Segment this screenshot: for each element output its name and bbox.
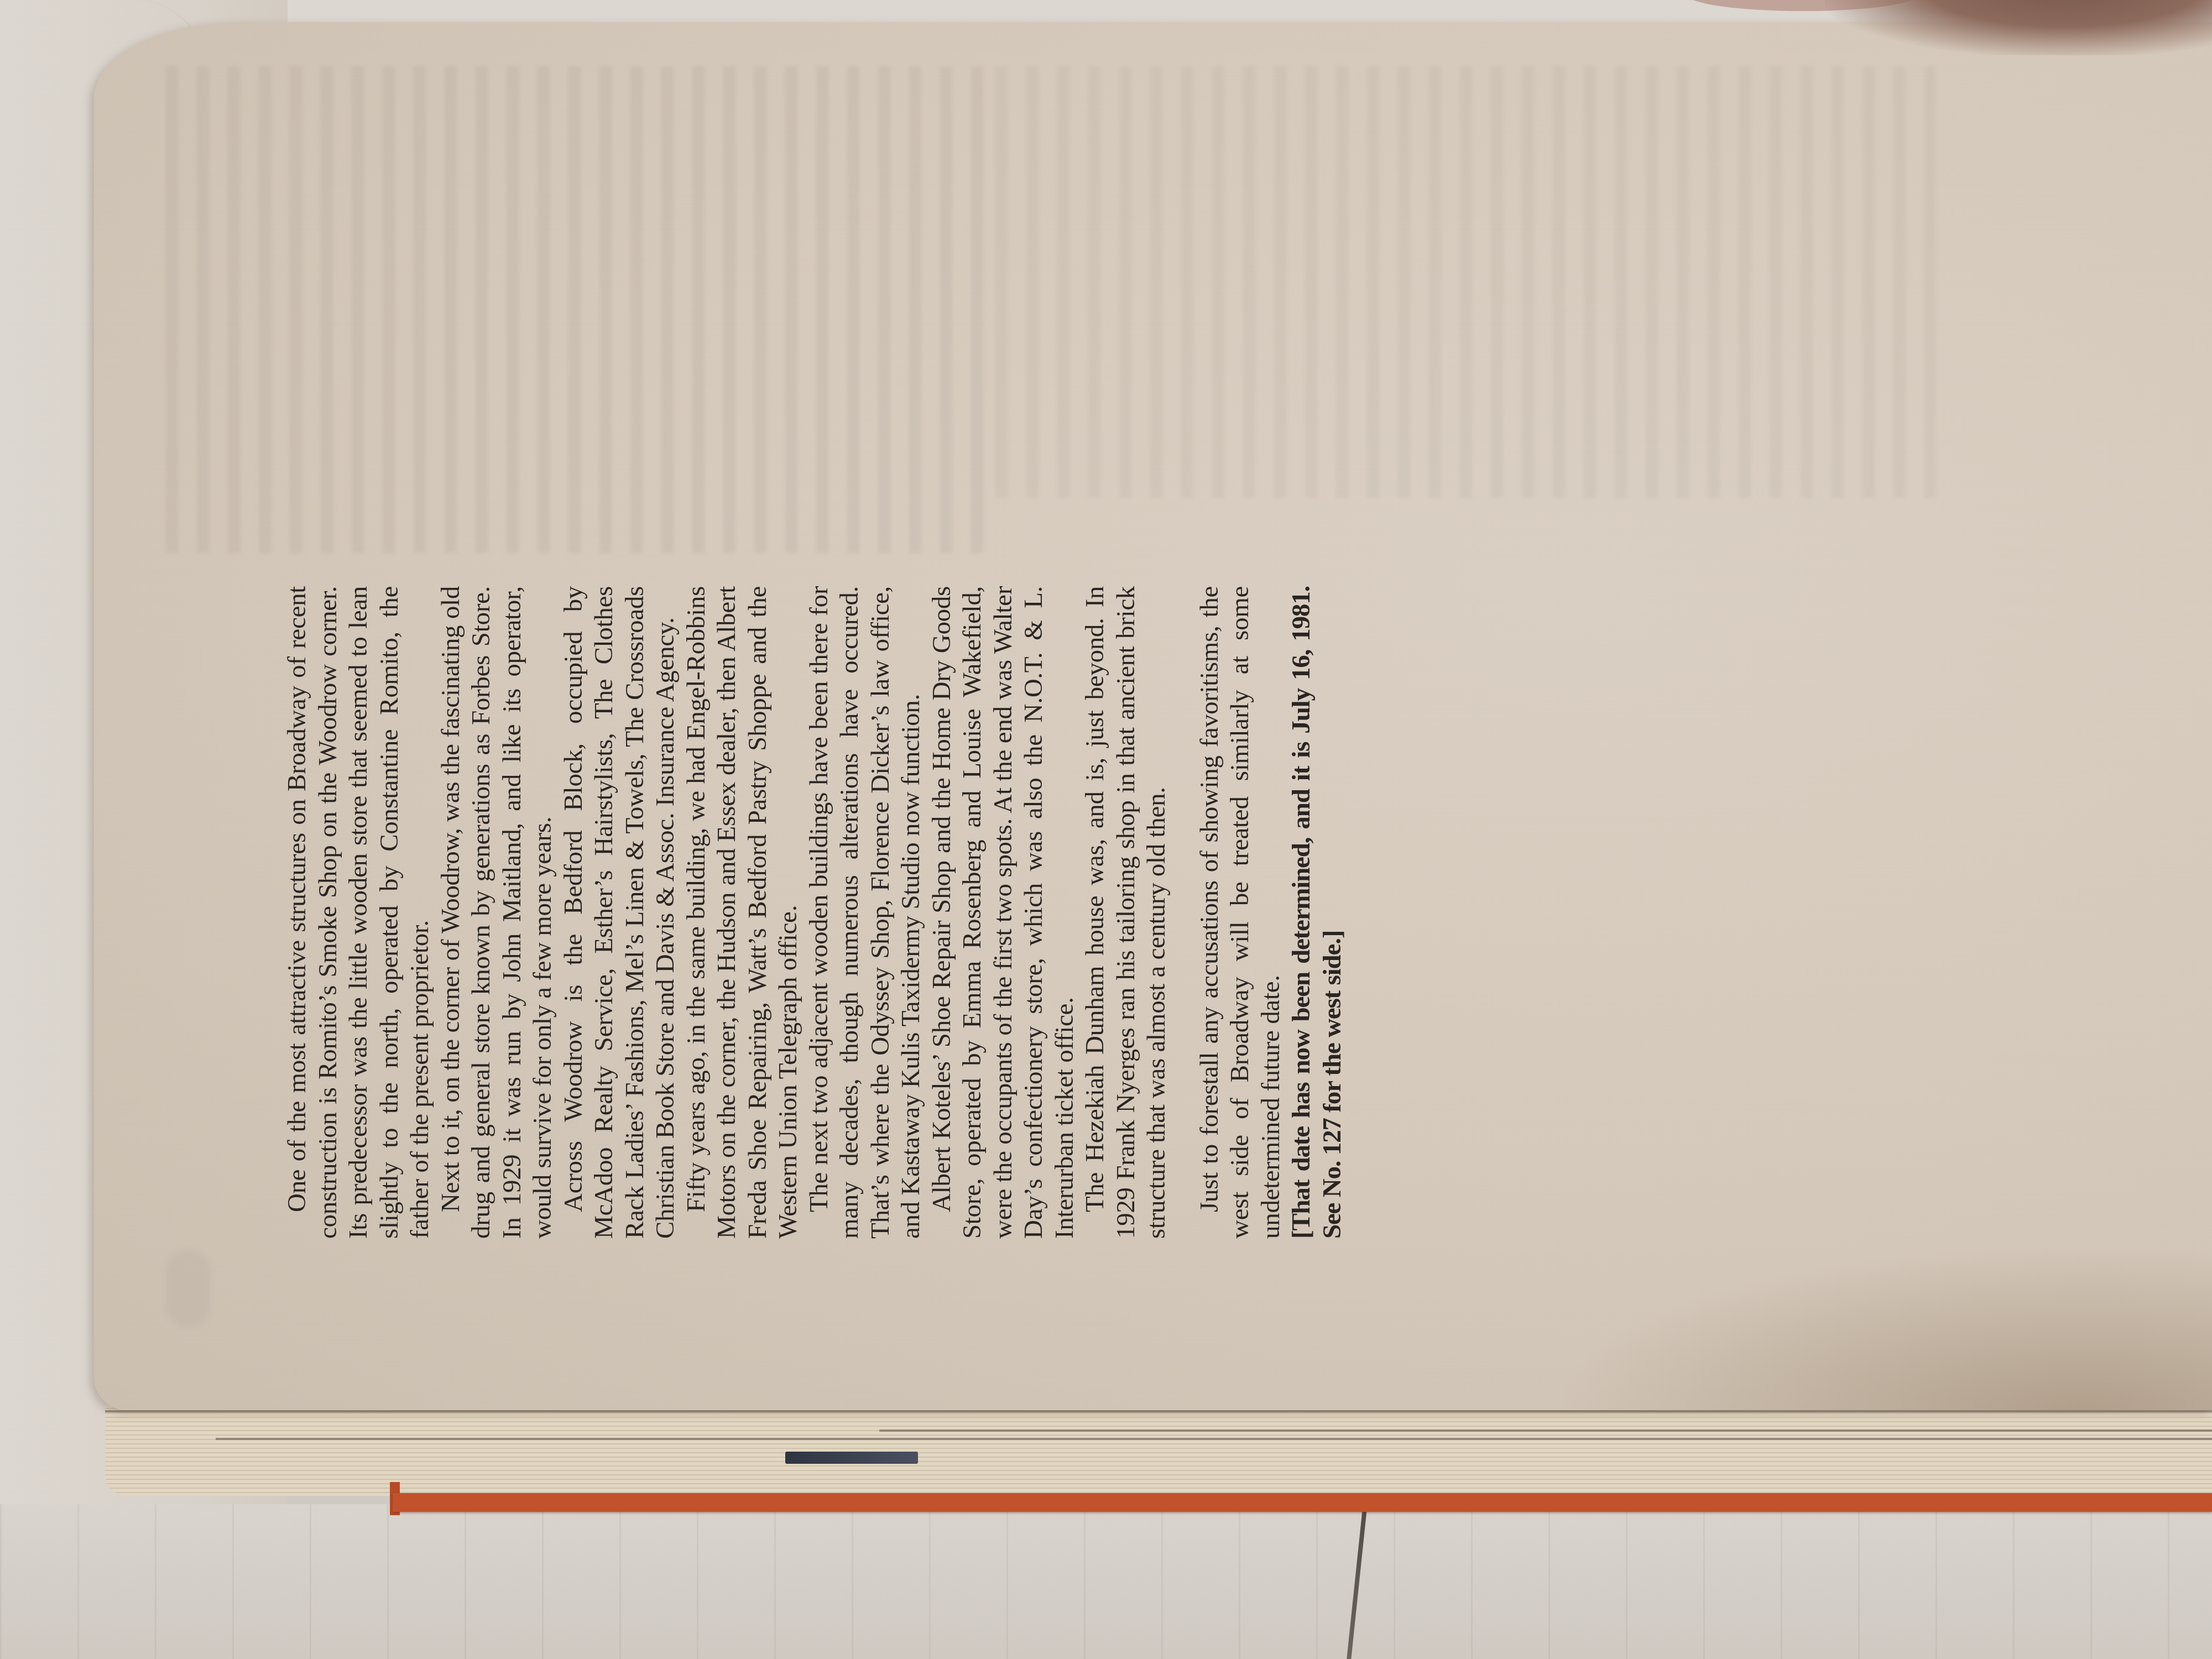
rotated-text-column: One of the most attractive structures on… xyxy=(282,586,2013,1239)
paragraph-forbes-store: Next to it, on the corner of Woodrow, wa… xyxy=(436,586,559,1239)
page-edge-line xyxy=(879,1430,2212,1432)
photo-scene: One of the most attractive structures on… xyxy=(0,0,2212,1659)
book-cover-orange xyxy=(393,1493,2212,1512)
editorial-note: [That date has now been determined, and … xyxy=(1286,586,1348,1239)
page-edge-line xyxy=(216,1438,2212,1440)
page-number-ghost xyxy=(166,1250,210,1327)
page-shadow xyxy=(1548,1244,2212,1410)
paragraph-fifty-years-ago: Fifty years ago, in the same building, w… xyxy=(681,586,804,1239)
paragraph-dunham-house: The Hezekiah Dunham house was, and is, j… xyxy=(1080,586,1172,1239)
paragraph-koteles-shoe-repair: Albert Koteles’ Shoe Repair Shop and the… xyxy=(927,586,1081,1239)
bookmark-ribbon xyxy=(785,1452,918,1464)
paragraph-wooden-buildings: The next two adjacent wooden buildings h… xyxy=(804,586,927,1239)
reverse-side-text-ghost xyxy=(995,66,1936,498)
wooden-table xyxy=(0,1504,2212,1659)
article-body: One of the most attractive structures on… xyxy=(282,586,1348,1239)
paragraph-west-side: Just to forestall any accusations of sho… xyxy=(1194,586,1287,1239)
paragraph-romito: One of the most attractive structures on… xyxy=(282,586,436,1239)
page-stack-edge xyxy=(105,1405,2212,1496)
reverse-side-text-ghost xyxy=(166,66,995,553)
paragraph-bedford-block: Across Woodrow is the Bedford Block, occ… xyxy=(559,586,681,1239)
page-edge-line xyxy=(105,1410,2212,1412)
finger-holding-page xyxy=(1825,0,2212,55)
